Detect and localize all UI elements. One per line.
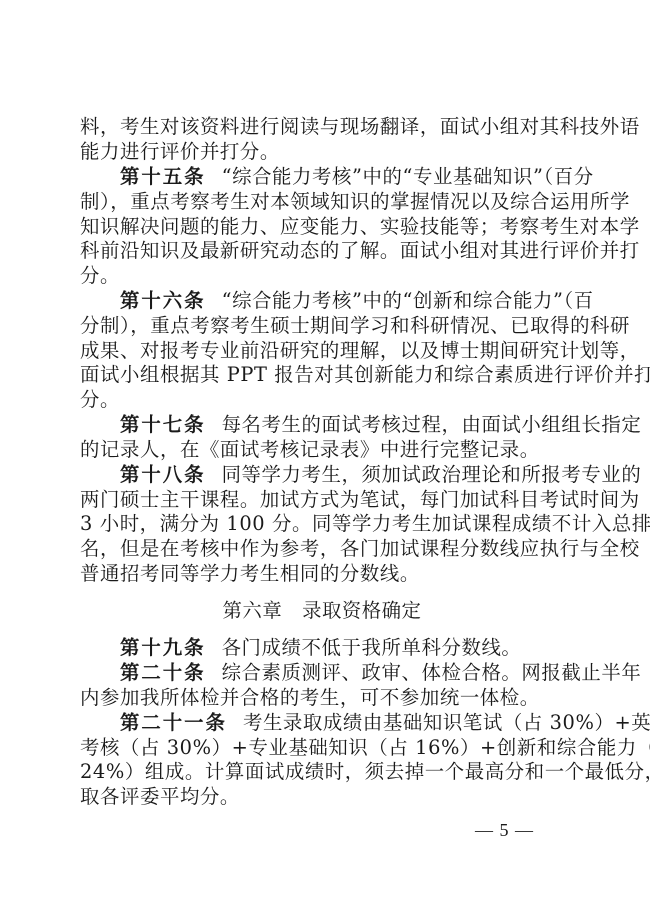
article-label: 第十五条 [120, 165, 206, 188]
article-17-first-line: 第十七条每名考生的面试考核过程，由面试小组组长指定 [80, 412, 564, 437]
article-18-first-line: 第十八条同等学力考生，须加试政治理论和所报考专业的 [80, 462, 564, 487]
article-20-first-line: 第二十条综合素质测评、政审、体检合格。网报截止半年 [80, 660, 564, 685]
paragraph-line: 考核（占 30%）+专业基础知识（占 16%）+创新和综合能力（占 [80, 735, 564, 760]
article-text: 每名考生的面试考核过程，由面试小组组长指定 [222, 413, 642, 436]
article-16-first-line: 第十六条“综合能力考核”中的“创新和综合能力”（百 [80, 288, 564, 313]
article-text: 同等学力考生，须加试政治理论和所报考专业的 [222, 463, 642, 486]
article-text: 考生录取成绩由基础知识笔试（占 30%）+英语 [243, 711, 650, 734]
paragraph-line: 3 小时，满分为 100 分。同等学力考生加试课程成绩不计入总排 [80, 511, 564, 536]
paragraph-line: 制），重点考察考生对本领域知识的掌握情况以及综合运用所学 [80, 189, 564, 214]
article-label: 第二十条 [120, 661, 206, 684]
article-text: “综合能力考核”中的“专业基础知识”（百分 [222, 165, 594, 188]
article-19-first-line: 第十九条各门成绩不低于我所单科分数线。 [80, 635, 521, 660]
article-label: 第十九条 [120, 636, 206, 659]
article-21-first-line: 第二十一条考生录取成绩由基础知识笔试（占 30%）+英语 [80, 710, 564, 735]
paragraph-line: 取各评委平均分。 [80, 784, 240, 809]
paragraph-line: 普通招考同等学力考生相同的分数线。 [80, 561, 420, 586]
paragraph-line: 名，但是在考核中作为参考，各门加试课程分数线应执行与全校 [80, 536, 564, 561]
paragraph-line: 面试小组根据其 PPT 报告对其创新能力和综合素质进行评价并打 [80, 362, 564, 387]
paragraph-line: 成果、对报考专业前沿研究的理解，以及博士期间研究计划等， [80, 338, 564, 363]
paragraph-line: 分。 [80, 387, 120, 412]
paragraph-line: 分。 [80, 263, 120, 288]
article-label: 第十八条 [120, 463, 206, 486]
article-label: 第十七条 [120, 413, 206, 436]
chapter-heading: 第六章 录取资格确定 [80, 598, 564, 623]
paragraph-line: 料，考生对该资料进行阅读与现场翻译，面试小组对其科技外语 [80, 114, 564, 139]
paragraph-line: 24%）组成。计算面试成绩时，须去掉一个最高分和一个最低分， [80, 759, 564, 784]
article-label: 第二十一条 [120, 711, 227, 734]
paragraph-line: 知识解决问题的能力、应变能力、实验技能等；考察考生对本学 [80, 214, 564, 239]
paragraph-line: 分制），重点考察考生硕士期间学习和科研情况、已取得的科研 [80, 313, 564, 338]
paragraph-line: 内参加我所体检并合格的考生，可不参加统一体检。 [80, 685, 540, 710]
article-label: 第十六条 [120, 289, 206, 312]
page-number: — 5 — [475, 818, 534, 842]
paragraph-line: 两门硕士主干课程。加试方式为笔试，每门加试科目考试时间为 [80, 487, 564, 512]
article-text: 各门成绩不低于我所单科分数线。 [222, 636, 522, 659]
paragraph-line: 能力进行评价并打分。 [80, 139, 280, 164]
article-text: 综合素质测评、政审、体检合格。网报截止半年 [222, 661, 642, 684]
article-text: “综合能力考核”中的“创新和综合能力”（百 [222, 289, 594, 312]
paragraph-line: 科前沿知识及最新研究动态的了解。面试小组对其进行评价并打 [80, 238, 564, 263]
article-15-first-line: 第十五条“综合能力考核”中的“专业基础知识”（百分 [80, 164, 564, 189]
paragraph-line: 的记录人，在《面试考核记录表》中进行完整记录。 [80, 437, 540, 462]
